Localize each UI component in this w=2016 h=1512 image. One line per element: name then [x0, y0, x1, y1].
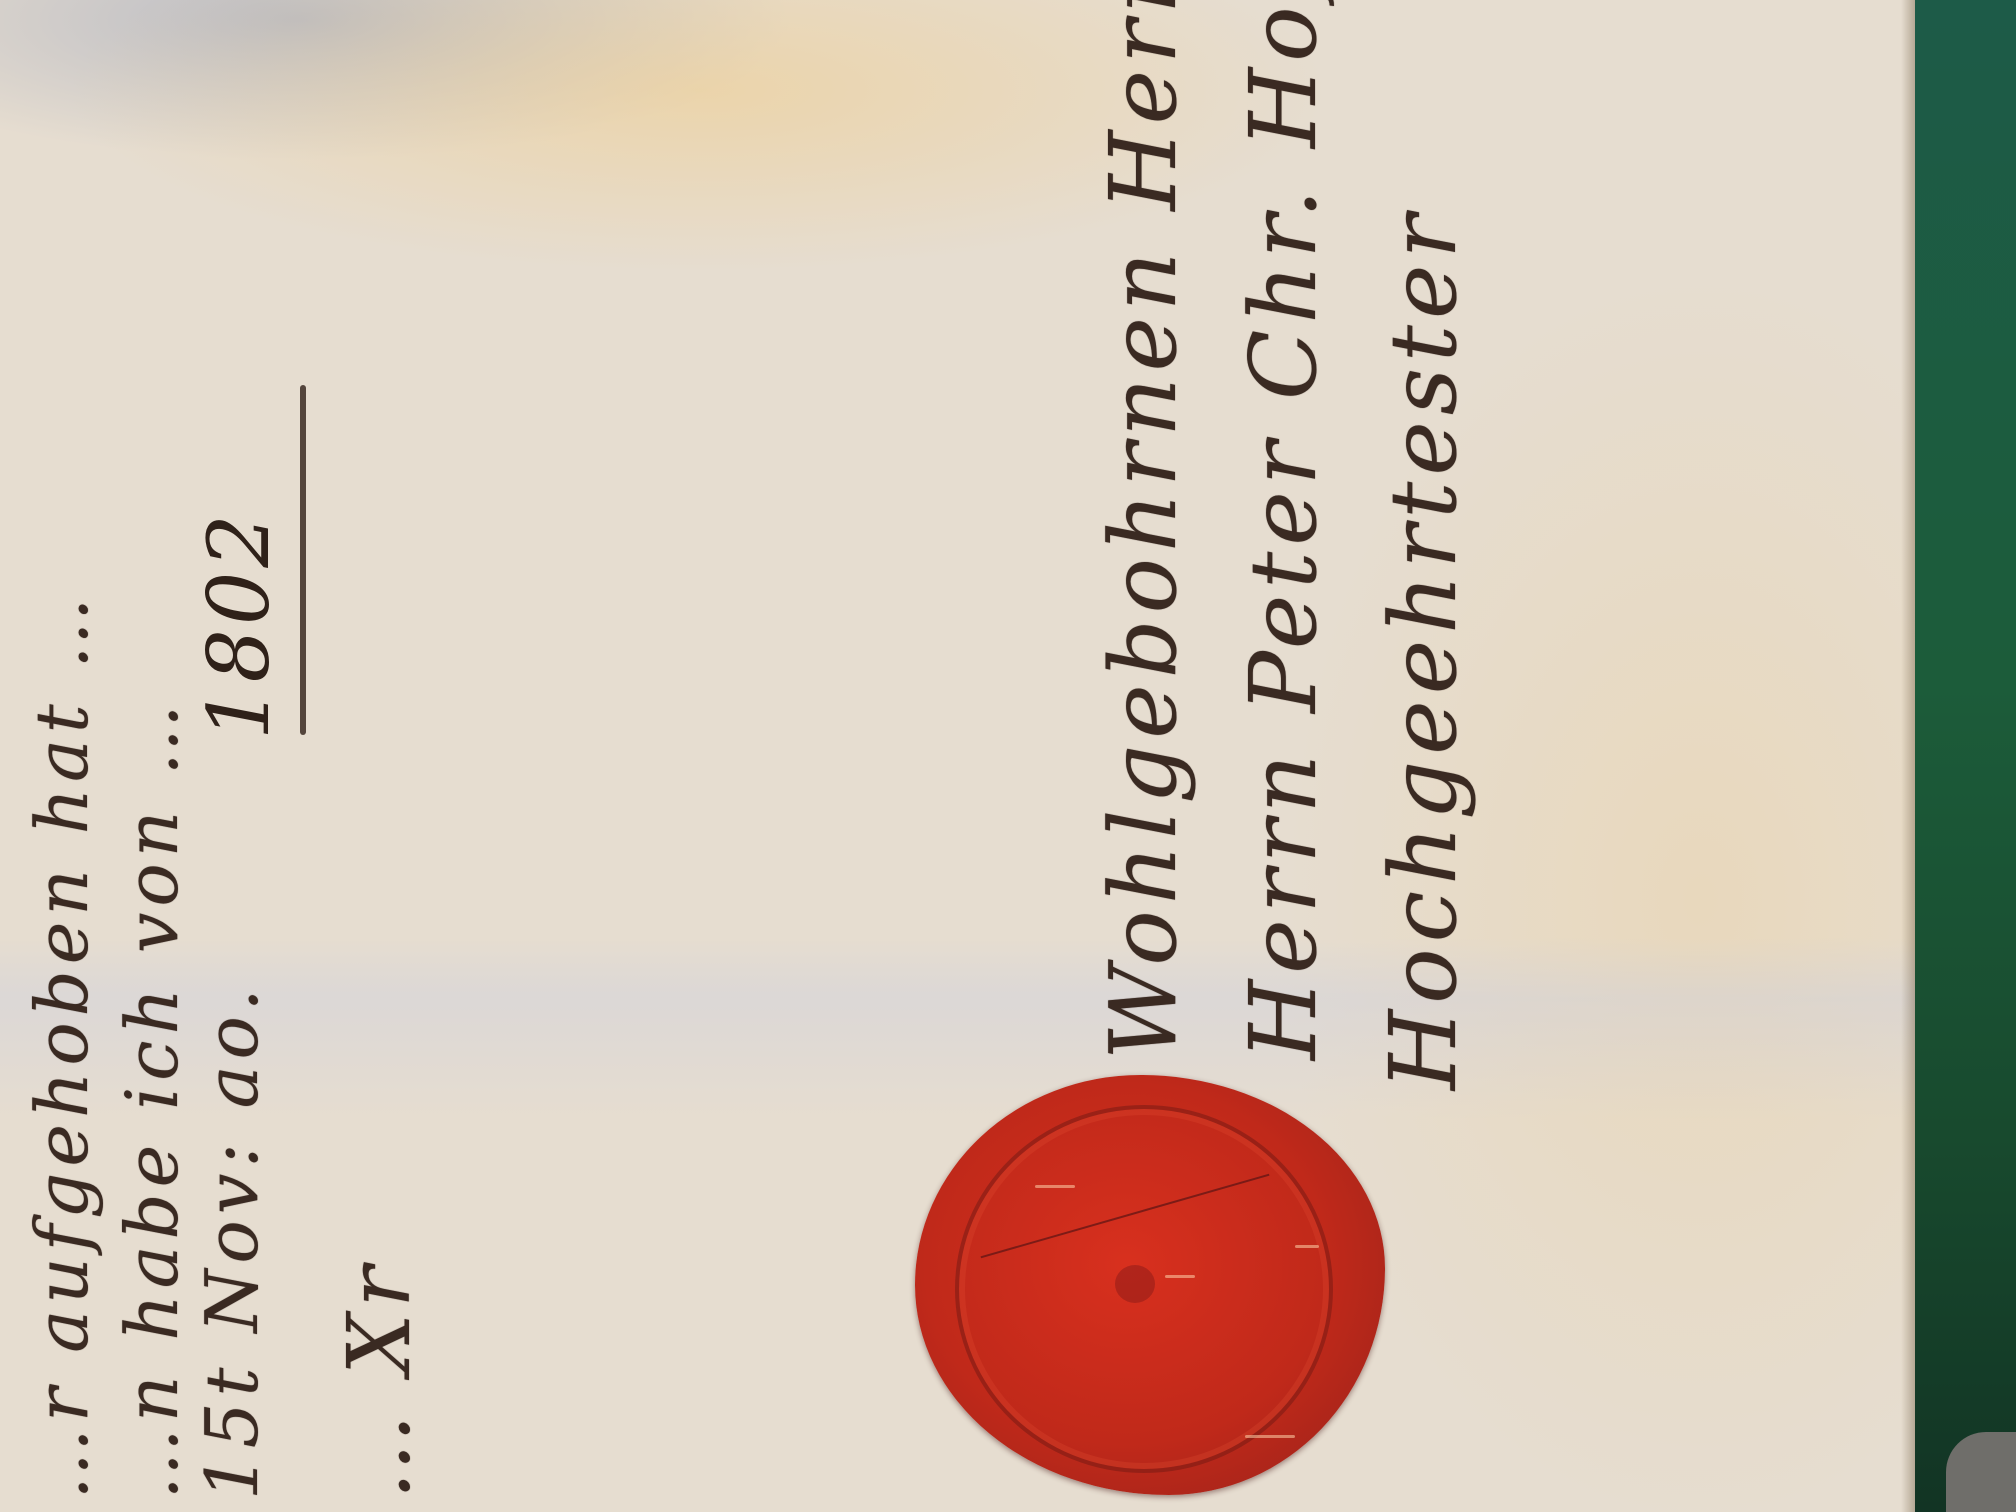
seal-glint [1245, 1435, 1295, 1438]
paper-edge [1901, 0, 1915, 1512]
date-year: 1802 [190, 510, 288, 740]
background-object [1946, 1432, 2016, 1512]
wax-seal [915, 1075, 1385, 1495]
address-line-2: Herrn Peter Chr. Hofen [1230, 0, 1337, 1060]
handwriting-line-1: …r aufgehoben hat … [20, 591, 104, 1500]
handwriting-line-2: …n habe ich von … [110, 698, 194, 1500]
handwriting-line-4: … Xr [330, 1260, 430, 1500]
date-day-month: 15t Nov: ao. [190, 983, 274, 1501]
address-line-1: Wohlgebohrnen Herrn [1090, 0, 1197, 1060]
green-background [1915, 0, 2016, 1512]
address-line-3: Hochgeehrtester [1370, 209, 1477, 1090]
date-underline [300, 385, 306, 735]
seal-glint [1165, 1275, 1195, 1278]
handwriting-date-line: 15t Nov: ao. [190, 983, 274, 1501]
seal-glint [1295, 1245, 1319, 1248]
seal-glint [1035, 1185, 1075, 1188]
seal-emblem [1115, 1265, 1155, 1303]
document-paper: …r aufgehoben hat … …n habe ich von … 15… [0, 0, 1915, 1512]
